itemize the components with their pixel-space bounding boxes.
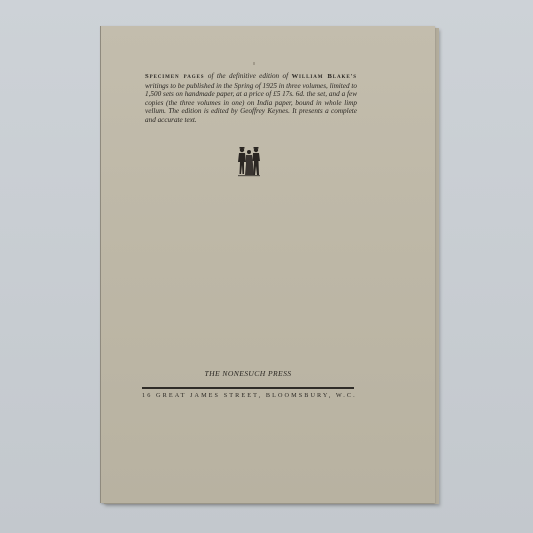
prospectus-blurb: Specimen pages of the definitive edition… [145,72,357,125]
blurb-text-2: writings to be published in the Spring o… [145,82,357,124]
woodcut-figures-icon [236,146,262,178]
page-mark [253,62,255,65]
blurb-author: William Blake's [292,73,357,80]
press-address: 16 Great James Street, Bloomsbury, W.C. [142,392,358,399]
press-name: THE NONESUCH PRESS [142,369,354,378]
blurb-lead: Specimen pages [145,73,204,80]
divider-rule [142,387,354,389]
blurb-text-1: of the definitive edition of [204,72,291,80]
